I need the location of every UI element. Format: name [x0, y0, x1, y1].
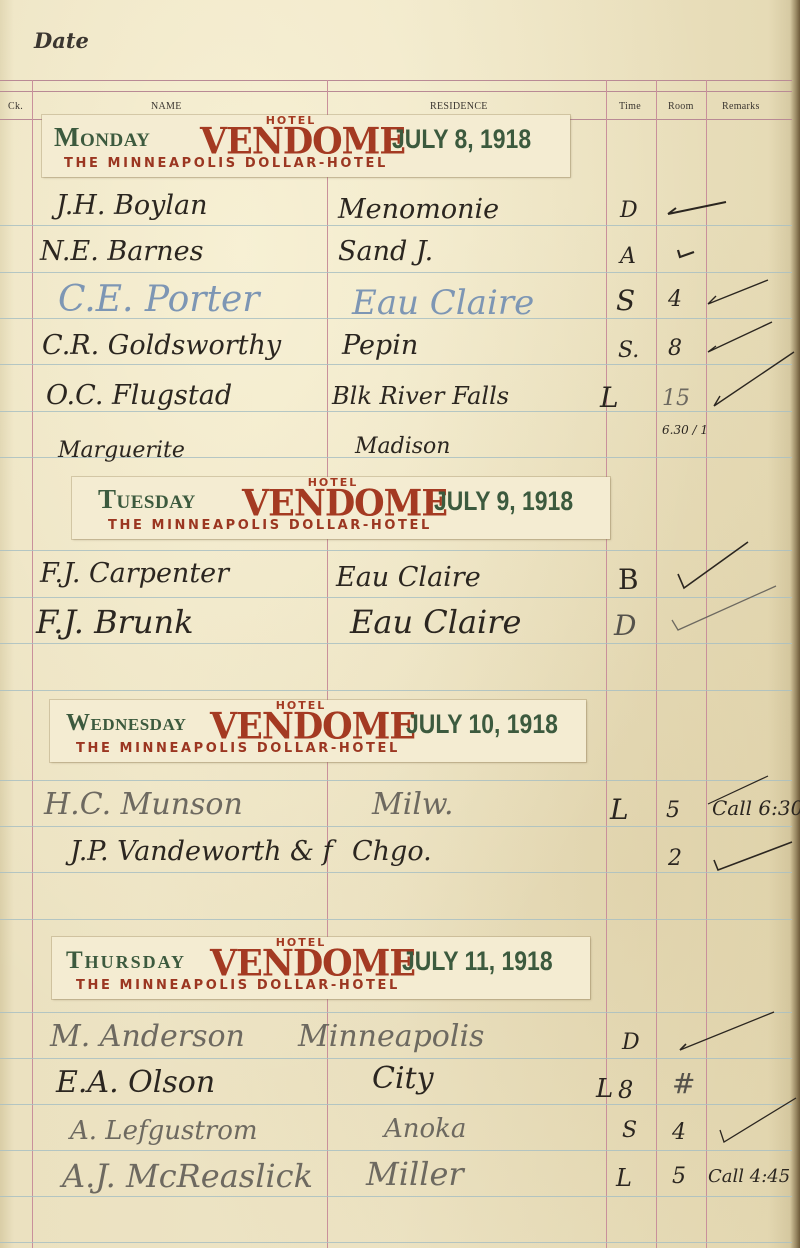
header-rule-top	[0, 80, 792, 81]
guest-room: 4	[672, 1122, 686, 1144]
guest-name: C.E. Porter	[58, 282, 260, 318]
guest-name: A.J. McReaslick	[62, 1160, 313, 1192]
guest-room: 5	[666, 800, 680, 822]
stamp-vendome-word: VENDOME	[210, 945, 392, 982]
guest-time: S.	[618, 340, 639, 362]
guest-name: F.J. Carpenter	[40, 560, 229, 587]
stamp-vendome-word: VENDOME	[242, 485, 424, 522]
guest-residence: Minneapolis	[298, 1022, 484, 1052]
guest-residence: Madison	[355, 436, 450, 458]
check-mark-icon	[706, 774, 772, 808]
guest-residence: Milw.	[372, 790, 454, 820]
stamp-day: Thursday	[66, 948, 186, 973]
guest-residence: Chgo.	[352, 838, 432, 865]
date-label: Date	[34, 28, 89, 53]
check-mark-icon	[712, 350, 798, 410]
check-mark-icon	[670, 584, 780, 634]
ruled-line	[0, 919, 792, 920]
ruled-line	[0, 1150, 792, 1151]
stamp-tagline: THE MINNEAPOLIS DOLLAR-HOTEL	[64, 157, 388, 170]
guest-room: 5	[672, 1166, 686, 1188]
guest-name: O.C. Flugstad	[46, 382, 232, 409]
ruled-line	[0, 643, 792, 644]
stamp-date: JULY 11, 1918	[402, 948, 553, 975]
guest-name: N.E. Barnes	[40, 238, 203, 265]
guest-time: D	[614, 612, 636, 640]
guest-name: H.C. Munson	[44, 790, 243, 820]
guest-room: 8	[668, 338, 682, 360]
guest-time: L	[600, 384, 619, 412]
guest-room: 8	[618, 1078, 633, 1102]
column-rule-time	[656, 80, 657, 1248]
guest-time: D	[622, 1032, 640, 1054]
guest-residence: Pepin	[342, 332, 418, 359]
guest-room: 15	[662, 388, 690, 410]
column-rule-name	[327, 80, 328, 1248]
check-mark-icon	[718, 1096, 800, 1146]
column-header-ck: Ck.	[8, 101, 23, 112]
stamp-tagline: THE MINNEAPOLIS DOLLAR-HOTEL	[108, 519, 432, 532]
date-stamp-tuesday: Tuesday HOTEL VENDOME JULY 9, 1918 THE M…	[72, 477, 610, 539]
ruled-line	[0, 1104, 792, 1105]
guest-name: Marguerite	[58, 440, 185, 462]
column-header-room: Room	[668, 101, 694, 112]
ruled-line	[0, 780, 792, 781]
stamp-tagline: THE MINNEAPOLIS DOLLAR-HOTEL	[76, 742, 400, 755]
column-header-remarks: Remarks	[722, 101, 760, 112]
ruled-line	[0, 1242, 792, 1243]
guest-residence: Eau Claire	[352, 286, 534, 320]
guest-name: A. Lefgustrom	[70, 1118, 258, 1144]
column-rule-residence	[606, 80, 607, 1248]
guest-room: 6.30 / 1	[662, 424, 702, 436]
stamp-vendome-word: VENDOME	[210, 708, 392, 745]
header-rule-second	[0, 91, 792, 92]
column-rule-room	[706, 80, 707, 1248]
guest-residence: Anoka	[384, 1116, 466, 1142]
stamp-brand: HOTEL VENDOME	[210, 937, 392, 981]
guest-name: F.J. Brunk	[36, 606, 194, 638]
guest-residence: Blk River Falls	[332, 384, 509, 408]
stamp-brand: HOTEL VENDOME	[242, 477, 424, 521]
stamp-brand: HOTEL VENDOME	[200, 115, 382, 159]
ruled-line	[0, 364, 792, 365]
ruled-line	[0, 411, 792, 412]
ruled-line	[0, 550, 792, 551]
guest-residence: Eau Claire	[336, 564, 481, 591]
page-edge-shadow	[790, 0, 800, 1248]
guest-time: S	[622, 1120, 637, 1142]
column-header-name: NAME	[151, 101, 182, 112]
ruled-line	[0, 690, 792, 691]
ruled-line	[0, 1012, 792, 1013]
guest-remarks: Call 4:45	[708, 1168, 790, 1186]
date-stamp-thursday: Thursday HOTEL VENDOME JULY 11, 1918 THE…	[52, 937, 590, 999]
guest-residence: Sand J.	[338, 238, 433, 265]
check-mark-icon	[712, 840, 796, 874]
guest-residence: City	[372, 1064, 434, 1094]
guest-room: 2	[668, 848, 682, 870]
guest-name: J.P. Vandeworth & f	[70, 838, 333, 865]
stamp-day: Monday	[54, 124, 150, 151]
guest-residence: Miller	[366, 1158, 464, 1190]
guest-time: B	[618, 566, 639, 594]
stamp-date: JULY 9, 1918	[434, 488, 573, 515]
guest-name: M. Anderson	[50, 1022, 245, 1052]
column-header-residence: RESIDENCE	[430, 101, 488, 112]
check-mark-icon	[666, 200, 730, 218]
guest-name: J.H. Boylan	[56, 192, 208, 219]
guest-name: C.R. Goldsworthy	[42, 332, 281, 359]
guest-name: E.A. Olson	[56, 1068, 215, 1098]
stamp-date: JULY 8, 1918	[392, 126, 531, 153]
ruled-line	[0, 225, 792, 226]
guest-room: 4	[668, 289, 682, 311]
stamp-vendome-word: VENDOME	[200, 123, 382, 160]
stamp-day: Tuesday	[98, 486, 196, 513]
guest-time: D	[620, 200, 638, 222]
guest-time: L	[610, 796, 629, 824]
column-header-time: Time	[619, 101, 641, 112]
guest-time: A	[620, 246, 636, 268]
check-mark-icon	[676, 246, 698, 260]
date-stamp-monday: Monday HOTEL VENDOME JULY 8, 1918 THE MI…	[42, 115, 570, 177]
column-rule-ck	[32, 80, 33, 1248]
date-stamp-wednesday: Wednesday HOTEL VENDOME JULY 10, 1918 TH…	[50, 700, 586, 762]
stamp-date: JULY 10, 1918	[406, 711, 558, 738]
guest-time: L	[596, 1076, 613, 1102]
ruled-line	[0, 872, 792, 873]
ruled-line	[0, 272, 792, 273]
stamp-brand: HOTEL VENDOME	[210, 700, 392, 744]
guest-time: S	[616, 287, 635, 315]
guest-remarks: #	[672, 1070, 695, 1098]
ruled-line	[0, 826, 792, 827]
ruled-line	[0, 1196, 792, 1197]
guest-time: L	[616, 1166, 632, 1190]
ruled-line	[0, 1058, 792, 1059]
guest-residence: Eau Claire	[350, 606, 521, 638]
check-mark-icon	[706, 278, 772, 308]
check-mark-icon	[678, 1010, 778, 1054]
stamp-day: Wednesday	[66, 711, 186, 735]
guest-residence: Menomonie	[338, 196, 499, 223]
stamp-tagline: THE MINNEAPOLIS DOLLAR-HOTEL	[76, 979, 400, 992]
